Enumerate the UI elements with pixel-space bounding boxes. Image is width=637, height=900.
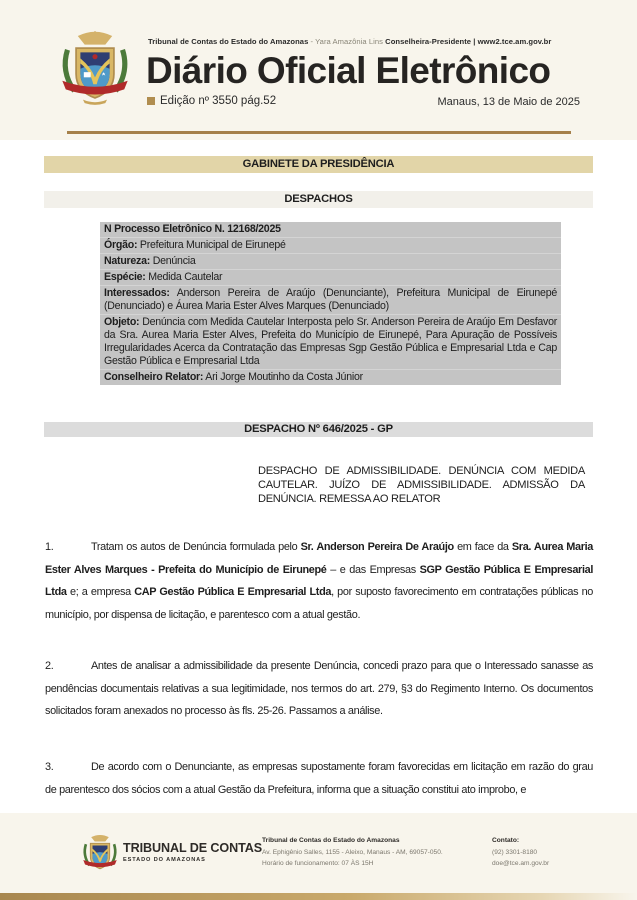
- info-label: Natureza:: [104, 255, 150, 267]
- info-label: Interessados:: [104, 287, 170, 299]
- text: Antes de analisar a admissibilidade da p…: [45, 660, 593, 717]
- footer-gradient-bar: [0, 893, 637, 900]
- president-role: Conselheira-Presidente | www2.tce.am.gov…: [383, 37, 551, 46]
- process-info-table: N Processo Eletrônico N. 12168/2025 Órgã…: [100, 222, 561, 385]
- info-value: Anderson Pereira de Araújo (Denunciante)…: [104, 287, 557, 312]
- paragraph-text: De acordo com o Denunciante, as empresas…: [45, 761, 593, 796]
- text: Tratam os autos de Denúncia formulada pe…: [91, 541, 301, 553]
- page-title: Diário Oficial Eletrônico: [146, 48, 550, 94]
- info-value: Ari Jorge Moutinho da Costa Júnior: [203, 371, 363, 383]
- header-divider: [67, 131, 571, 134]
- text: – e das Empresas: [327, 564, 420, 576]
- paragraph-number: 2.: [45, 655, 91, 678]
- publication-date: Manaus, 13 de Maio de 2025: [438, 96, 581, 108]
- info-label: Conselheiro Relator:: [104, 371, 203, 383]
- footer-phone[interactable]: (92) 3301-8180: [492, 847, 549, 859]
- paragraph-2: 2.Antes de analisar a admissibilidade da…: [45, 655, 593, 723]
- ementa: DESPACHO DE ADMISSIBILIDADE. DENÚNCIA CO…: [258, 464, 585, 506]
- footer-brand-title: TRIBUNAL DE CONTAS: [123, 841, 262, 855]
- footer-address-block: Tribunal de Contas do Estado do Amazonas…: [262, 835, 443, 870]
- process-number: N Processo Eletrônico N. 12168/2025: [100, 222, 561, 238]
- section-gabinete: GABINETE DA PRESIDÊNCIA: [44, 156, 593, 173]
- info-row-natureza: Natureza: Denúncia: [100, 254, 561, 270]
- info-row-orgao: Órgão: Prefeitura Municipal de Eirunepé: [100, 238, 561, 254]
- info-value: Denúncia: [150, 255, 195, 267]
- paragraph-text: Tratam os autos de Denúncia formulada pe…: [45, 541, 593, 621]
- edition-info: Edição nº 3550 pág.52: [147, 95, 276, 107]
- info-value: Prefeitura Municipal de Eirunepé: [137, 239, 285, 251]
- bold-text: Sr. Anderson Pereira De Araújo: [301, 541, 454, 553]
- page-header: Tribunal de Contas do Estado do Amazonas…: [0, 0, 637, 140]
- footer-brand: TRIBUNAL DE CONTAS ESTADO DO AMAZONAS: [123, 841, 262, 863]
- paragraph-1: 1.Tratam os autos de Denúncia formulada …: [45, 536, 593, 627]
- text: De acordo com o Denunciante, as empresas…: [45, 761, 593, 796]
- footer-contact-block: Contato: (92) 3301-8180 doe@tce.am.gov.b…: [492, 835, 549, 870]
- info-row-objeto: Objeto: Denúncia com Medida Cautelar Int…: [100, 315, 561, 370]
- section-despachos: DESPACHOS: [44, 191, 593, 208]
- info-label: Órgão:: [104, 239, 137, 251]
- footer-hours: Horário de funcionamento: 07 ÀS 15H: [262, 858, 443, 870]
- edition-text: Edição nº 3550 pág.52: [160, 95, 276, 107]
- info-value: Medida Cautelar: [146, 271, 223, 283]
- paragraph-3: 3.De acordo com o Denunciante, as empres…: [45, 756, 593, 801]
- president-name: Yara Amazônia Lins: [315, 37, 383, 46]
- footer-address: Av. Ephigênio Salles, 1155 - Aleixo, Man…: [262, 847, 443, 859]
- despacho-number-heading: DESPACHO Nº 646/2025 - GP: [44, 422, 593, 437]
- text: em face da: [454, 541, 512, 553]
- institution-line: Tribunal de Contas do Estado do Amazonas…: [148, 37, 551, 46]
- footer-email[interactable]: doe@tce.am.gov.br: [492, 858, 549, 870]
- info-row-especie: Espécie: Medida Cautelar: [100, 270, 561, 286]
- page-footer: TRIBUNAL DE CONTAS ESTADO DO AMAZONAS Tr…: [0, 813, 637, 900]
- text: e; a empresa: [67, 586, 135, 598]
- info-value: Denúncia com Medida Cautelar Interposta …: [104, 316, 557, 367]
- info-label: Espécie:: [104, 271, 146, 283]
- square-bullet-icon: [147, 97, 155, 105]
- paragraph-text: Antes de analisar a admissibilidade da p…: [45, 660, 593, 717]
- institution-name: Tribunal de Contas do Estado do Amazonas: [148, 37, 308, 46]
- footer-info-title: Tribunal de Contas do Estado do Amazonas: [262, 835, 443, 847]
- bold-text: CAP Gestão Pública E Empresarial Ltda: [134, 586, 331, 598]
- footer-contact-title: Contato:: [492, 835, 549, 847]
- paragraph-number: 1.: [45, 536, 91, 559]
- paragraph-number: 3.: [45, 756, 91, 779]
- coat-of-arms-icon: [78, 831, 122, 875]
- coat-of-arms-icon: [52, 24, 138, 110]
- info-row-relator: Conselheiro Relator: Ari Jorge Moutinho …: [100, 370, 561, 385]
- footer-brand-subtitle: ESTADO DO AMAZONAS: [123, 857, 262, 863]
- info-label: Objeto:: [104, 316, 139, 328]
- info-row-interessados: Interessados: Anderson Pereira de Araújo…: [100, 286, 561, 315]
